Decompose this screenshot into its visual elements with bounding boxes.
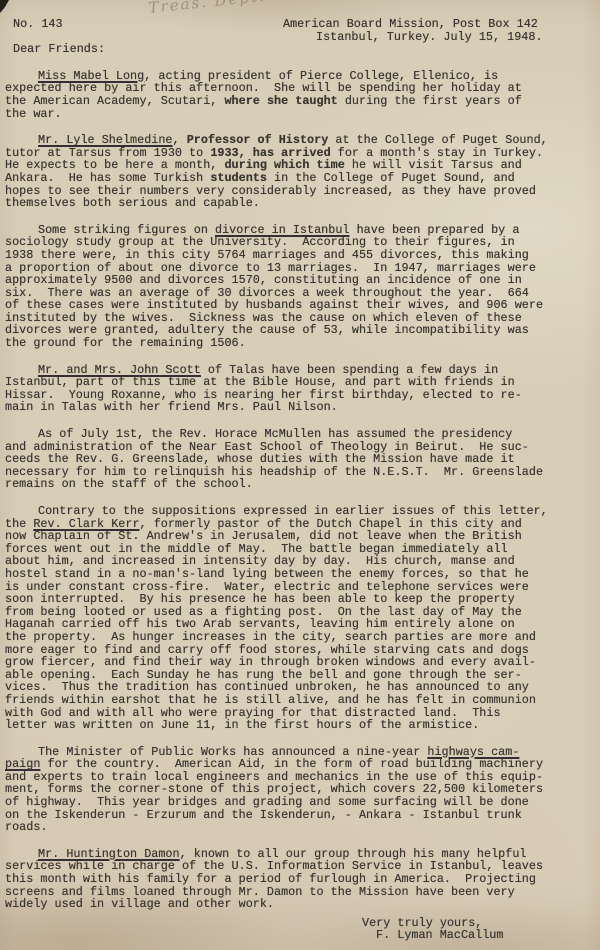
paragraph: Mr. Lyle Shelmedine, Professor of Histor… [5, 134, 594, 210]
bold-text: where she taught [224, 94, 337, 108]
scan-corner-artifact [0, 0, 9, 13]
paragraph: Miss Mabel Long, acting president of Pie… [5, 70, 594, 120]
text-segment: As of July 1st, the Rev. Horace McMullen… [5, 427, 543, 491]
text-segment: , formerly pastor of the Dutch Chapel in… [5, 517, 536, 733]
sender-org-line: American Board Mission, Post Box 142 [283, 18, 543, 31]
paragraph: Contrary to the suppositions expressed i… [5, 505, 594, 732]
paragraph: Mr. Huntington Damon, known to all our g… [5, 848, 594, 911]
document-number: No. 143 [13, 18, 63, 31]
letter-body: Miss Mabel Long, acting president of Pie… [5, 70, 594, 911]
signature: F. Lyman MacCallum [362, 929, 594, 942]
paragraph: As of July 1st, the Rev. Horace McMullen… [5, 428, 594, 491]
paragraph: Some striking figures on divorce in Ista… [5, 224, 594, 350]
sender-address: American Board Mission, Post Box 142 Ist… [283, 18, 543, 43]
closing-block: Very truly yours, F. Lyman MacCallum [362, 917, 594, 942]
paragraph: Mr. and Mrs. John Scott of Talas have be… [5, 364, 594, 414]
paragraph: The Minister of Public Works has announc… [5, 746, 594, 834]
handwritten-note: Treas. Dept. [148, 0, 266, 15]
sender-date-line: Istanbul, Turkey. July 15, 1948. [283, 31, 543, 44]
letter-header: No. 143 American Board Mission, Post Box… [5, 18, 594, 43]
text-segment: for the country. American Aid, in the fo… [5, 757, 543, 834]
letter-page: Treas. Dept. No. 143 American Board Miss… [0, 0, 600, 950]
salutation: Dear Friends: [13, 43, 594, 56]
text-segment: have been prepared by a sociology study … [5, 223, 543, 350]
